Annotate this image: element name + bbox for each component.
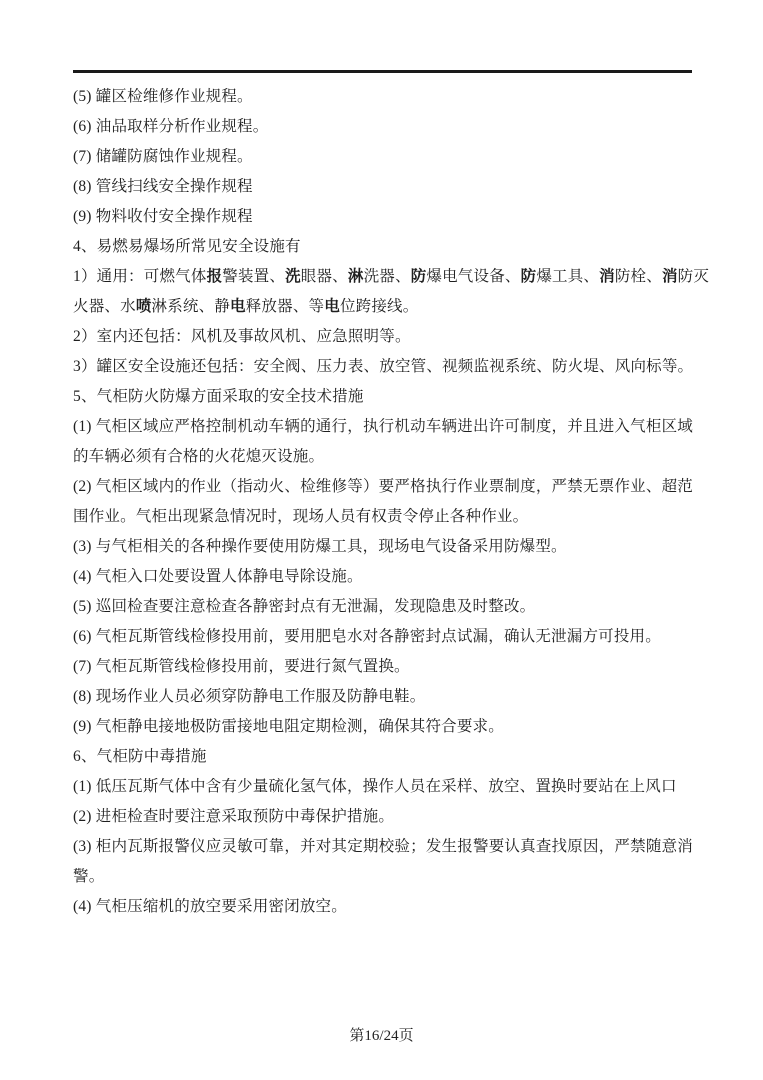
paragraph-line: 2）室内还包括：风机及事故风机、应急照明等。: [73, 322, 693, 352]
paragraph-line: (8) 现场作业人员必须穿防静电工作服及防静电鞋。: [73, 682, 693, 712]
paragraph-line: 火器、水喷淋系统、静电释放器、等电位跨接线。: [73, 292, 693, 322]
list-item: (5) 罐区检维修作业规程。: [73, 82, 693, 112]
paragraph-line: (3) 柜内瓦斯报警仪应灵敏可靠，并对其定期校验；发生报警要认真查找原因，严禁随…: [73, 832, 693, 862]
paragraph-line: 3）罐区安全设施还包括：安全阀、压力表、放空管、视频监视系统、防火堤、风向标等。: [73, 352, 693, 382]
list-item: (7) 储罐防腐蚀作业规程。: [73, 142, 693, 172]
paragraph-line: 1）通用：可燃气体报警装置、洗眼器、淋洗器、防爆电气设备、防爆工具、消防栓、消防…: [73, 262, 693, 292]
document-body: (5) 罐区检维修作业规程。 (6) 油品取样分析作业规程。 (7) 储罐防腐蚀…: [73, 82, 693, 922]
page-number: 第16/24页: [0, 1026, 763, 1046]
list-item: (6) 油品取样分析作业规程。: [73, 112, 693, 142]
paragraph-line: (1) 低压瓦斯气体中含有少量硫化氢气体，操作人员在采样、放空、置换时要站在上风…: [73, 772, 693, 802]
paragraph-line: 警。: [73, 862, 693, 892]
paragraph-line: 的车辆必须有合格的火花熄灭设施。: [73, 442, 693, 472]
paragraph-line: (7) 气柜瓦斯管线检修投用前，要进行氮气置换。: [73, 652, 693, 682]
section-4-heading: 4、易燃易爆场所常见安全设施有: [73, 232, 693, 262]
section-6-heading: 6、气柜防中毒措施: [73, 742, 693, 772]
paragraph-line: (2) 进柜检查时要注意采取预防中毒保护措施。: [73, 802, 693, 832]
paragraph-line: (4) 气柜入口处要设置人体静电导除设施。: [73, 562, 693, 592]
list-item: (8) 管线扫线安全操作规程: [73, 172, 693, 202]
paragraph-line: (9) 气柜静电接地极防雷接地电阻定期检测，确保其符合要求。: [73, 712, 693, 742]
section-5-heading: 5、气柜防火防爆方面采取的安全技术措施: [73, 382, 693, 412]
paragraph-line: 围作业。气柜出现紧急情况时，现场人员有权责令停止各种作业。: [73, 502, 693, 532]
top-rule: [73, 70, 692, 73]
document-page: (5) 罐区检维修作业规程。 (6) 油品取样分析作业规程。 (7) 储罐防腐蚀…: [0, 0, 763, 1080]
paragraph-line: (6) 气柜瓦斯管线检修投用前，要用肥皂水对各静密封点试漏，确认无泄漏方可投用。: [73, 622, 693, 652]
paragraph-line: (3) 与气柜相关的各种操作要使用防爆工具，现场电气设备采用防爆型。: [73, 532, 693, 562]
paragraph-line: (1) 气柜区域应严格控制机动车辆的通行，执行机动车辆进出许可制度，并且进入气柜…: [73, 412, 693, 442]
paragraph-line: (2) 气柜区域内的作业（指动火、检维修等）要严格执行作业票制度，严禁无票作业、…: [73, 472, 693, 502]
paragraph-line: (5) 巡回检查要注意检查各静密封点有无泄漏，发现隐患及时整改。: [73, 592, 693, 622]
paragraph-line: (4) 气柜压缩机的放空要采用密闭放空。: [73, 892, 693, 922]
list-item: (9) 物料收付安全操作规程: [73, 202, 693, 232]
